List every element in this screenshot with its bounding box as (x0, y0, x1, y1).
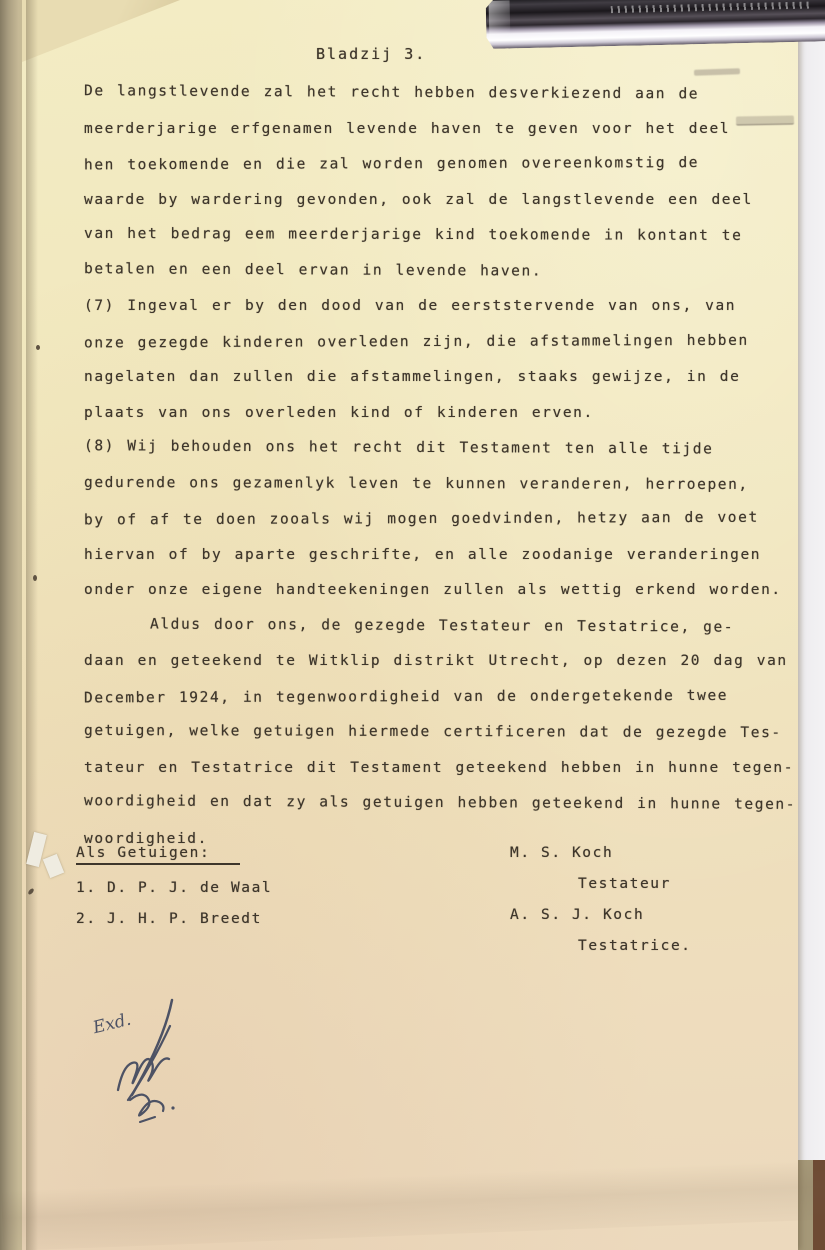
witness-name: 1. D. P. J. de Waal (76, 880, 272, 896)
witnesses-block: Als Getuigen: 1. D. P. J. de Waal2. J. H… (76, 845, 272, 927)
typewritten-line: getuigen, welke getuigen hiermede certif… (84, 714, 790, 752)
paper-speck (36, 345, 40, 350)
signature-dot (171, 1106, 174, 1109)
typewritten-line: betalen en een deel ervan in levende hav… (84, 252, 790, 291)
metal-clip-serration (611, 2, 813, 13)
testators-block: M. S. KochTestateurA. S. J. KochTestatri… (510, 845, 692, 954)
pencil-smudge (736, 115, 794, 125)
typewritten-line: De langstlevende zal het recht hebben de… (84, 74, 790, 113)
witness-list: 1. D. P. J. de Waal2. J. H. P. Breedt (76, 880, 272, 927)
typewritten-line: waarde by wardering gevonden, ook zal de… (84, 183, 790, 219)
typewritten-line: (7) Ingeval er by den dood van de eersts… (84, 289, 790, 325)
typewritten-line: tateur en Testatrice dit Testament getee… (84, 751, 790, 787)
witness-name: 2. J. H. P. Breedt (76, 911, 272, 927)
signature-underline-dash (140, 1117, 155, 1122)
metal-clip-glint (489, 1, 511, 38)
typewritten-body: De langstlevende zal het recht hebben de… (84, 76, 790, 857)
signature-initials (130, 1095, 164, 1116)
typewritten-line: plaats van ons overleden kind of kindere… (84, 396, 790, 432)
typewritten-line: gedurende ons gezamenlyk leven te kunnen… (84, 465, 790, 503)
typewritten-line: by of af te doen zooals wij mogen goedvi… (84, 501, 790, 539)
page-number-heading: Bladzij 3. (316, 45, 426, 63)
witnesses-heading: Als Getuigen: (76, 845, 240, 865)
typewritten-line: onze gezegde kinderen overleden zijn, di… (84, 323, 790, 361)
typewritten-line: December 1924, in tegenwoordigheid van d… (84, 678, 790, 716)
typewritten-line: nagelaten dan zullen die afstammelingen,… (84, 360, 790, 396)
testator-role: Testatrice. (578, 938, 692, 954)
typewritten-line: hiervan of by aparte geschrifte, en alle… (84, 538, 790, 574)
page-corner-fold (22, 0, 180, 62)
bottom-crease-shadow (1, 1159, 825, 1250)
typewritten-line: meerderjarige erfgenamen levende haven t… (84, 112, 790, 148)
typewritten-line: (8) Wij behouden ons het recht dit Testa… (84, 429, 790, 468)
typewritten-line: hen toekomende en die zal worden genomen… (84, 146, 790, 184)
typewritten-line: daan en geteekend te Witklip distrikt Ut… (84, 644, 790, 680)
scanned-document-photo: Bladzij 3. De langstlevende zal het rech… (0, 0, 825, 1250)
testator-name: A. S. J. Koch (510, 907, 692, 923)
pencil-smudge (694, 68, 740, 76)
metal-clip (485, 0, 825, 49)
testator-role: Testateur (578, 876, 692, 892)
testator-name: M. S. Koch (510, 845, 692, 861)
typewritten-line: onder onze eigene handteekeningen zullen… (84, 573, 790, 609)
typewritten-line: van het bedrag eem meerderjarige kind to… (84, 217, 790, 255)
typewritten-line: Aldus door ons, de gezegde Testateur en … (84, 607, 790, 646)
handwritten-exd-note: Exd. (90, 1010, 133, 1039)
paper-speck (33, 575, 37, 581)
handwritten-signature: Exd. (60, 992, 210, 1142)
signature-tall-stroke (132, 1000, 172, 1095)
page-edge-crease (26, 0, 38, 1250)
typewritten-line: woordigheid en dat zy als getuigen hebbe… (84, 784, 790, 823)
document-page: Bladzij 3. De langstlevende zal het rech… (22, 0, 798, 1250)
edge-tear-mark (43, 854, 64, 878)
